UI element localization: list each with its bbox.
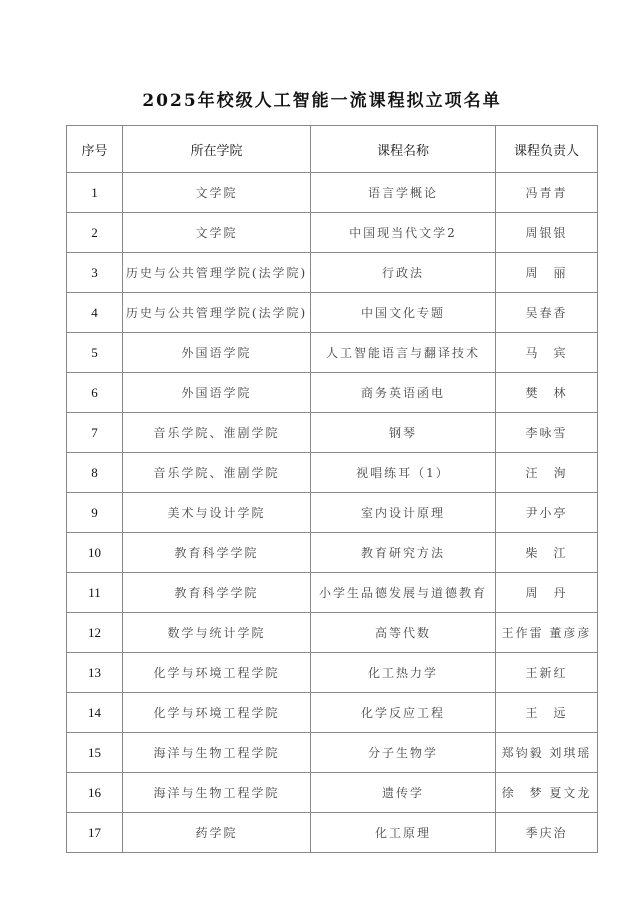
cell-lead: 周 丹: [496, 573, 598, 613]
cell-college: 外国语学院: [123, 373, 311, 413]
cell-course: 钢琴: [311, 413, 496, 453]
cell-index: 10: [67, 533, 123, 573]
cell-index: 11: [67, 573, 123, 613]
header-index: 序号: [67, 126, 123, 173]
cell-college: 教育科学学院: [123, 533, 311, 573]
cell-college: 教育科学学院: [123, 573, 311, 613]
cell-course: 遗传学: [311, 773, 496, 813]
cell-college: 历史与公共管理学院(法学院): [123, 253, 311, 293]
cell-college: 海洋与生物工程学院: [123, 773, 311, 813]
cell-lead: 王新红: [496, 653, 598, 693]
cell-lead: 樊 林: [496, 373, 598, 413]
cell-lead: 徐 梦 夏文龙: [496, 773, 598, 813]
cell-course: 人工智能语言与翻译技术: [311, 333, 496, 373]
cell-index: 2: [67, 213, 123, 253]
cell-lead: 郑钧毅 刘琪瑶: [496, 733, 598, 773]
cell-lead: 李咏雪: [496, 413, 598, 453]
cell-lead: 王作雷 董彦彦: [496, 613, 598, 653]
cell-college: 化学与环境工程学院: [123, 653, 311, 693]
cell-index: 7: [67, 413, 123, 453]
cell-index: 9: [67, 493, 123, 533]
cell-course: 高等代数: [311, 613, 496, 653]
cell-lead: 柴 江: [496, 533, 598, 573]
table-row: 14化学与环境工程学院化学反应工程王 远: [67, 693, 598, 733]
cell-index: 8: [67, 453, 123, 493]
table-row: 13化学与环境工程学院化工热力学王新红: [67, 653, 598, 693]
cell-lead: 冯青青: [496, 173, 598, 213]
cell-course: 商务英语函电: [311, 373, 496, 413]
cell-course: 室内设计原理: [311, 493, 496, 533]
cell-index: 16: [67, 773, 123, 813]
cell-college: 美术与设计学院: [123, 493, 311, 533]
cell-index: 5: [67, 333, 123, 373]
cell-lead: 周银银: [496, 213, 598, 253]
cell-college: 音乐学院、淮剧学院: [123, 453, 311, 493]
table-row: 10教育科学学院教育研究方法柴 江: [67, 533, 598, 573]
cell-lead: 王 远: [496, 693, 598, 733]
table-row: 15海洋与生物工程学院分子生物学郑钧毅 刘琪瑶: [67, 733, 598, 773]
cell-college: 药学院: [123, 813, 311, 853]
cell-college: 历史与公共管理学院(法学院): [123, 293, 311, 333]
cell-college: 海洋与生物工程学院: [123, 733, 311, 773]
cell-course: 中国现当代文学2: [311, 213, 496, 253]
cell-lead: 季庆治: [496, 813, 598, 853]
cell-lead: 汪 洵: [496, 453, 598, 493]
cell-lead: 周 丽: [496, 253, 598, 293]
cell-index: 14: [67, 693, 123, 733]
cell-index: 6: [67, 373, 123, 413]
cell-index: 15: [67, 733, 123, 773]
cell-lead: 尹小亭: [496, 493, 598, 533]
cell-college: 数学与统计学院: [123, 613, 311, 653]
header-lead: 课程负责人: [496, 126, 598, 173]
cell-course: 行政法: [311, 253, 496, 293]
table-row: 16海洋与生物工程学院遗传学徐 梦 夏文龙: [67, 773, 598, 813]
cell-course: 小学生品德发展与道德教育: [311, 573, 496, 613]
course-list-table: 序号 所在学院 课程名称 课程负责人 1文学院语言学概论冯青青2文学院中国现当代…: [66, 125, 598, 853]
cell-index: 3: [67, 253, 123, 293]
cell-course: 中国文化专题: [311, 293, 496, 333]
table-row: 11教育科学学院小学生品德发展与道德教育周 丹: [67, 573, 598, 613]
table-row: 17药学院化工原理季庆治: [67, 813, 598, 853]
cell-college: 音乐学院、淮剧学院: [123, 413, 311, 453]
table-row: 2文学院中国现当代文学2周银银: [67, 213, 598, 253]
cell-index: 13: [67, 653, 123, 693]
table-row: 5外国语学院人工智能语言与翻译技术马 宾: [67, 333, 598, 373]
cell-index: 4: [67, 293, 123, 333]
cell-course: 化学反应工程: [311, 693, 496, 733]
table-row: 4历史与公共管理学院(法学院)中国文化专题吴春香: [67, 293, 598, 333]
cell-college: 文学院: [123, 173, 311, 213]
cell-course: 语言学概论: [311, 173, 496, 213]
cell-course: 分子生物学: [311, 733, 496, 773]
cell-college: 外国语学院: [123, 333, 311, 373]
table-row: 3历史与公共管理学院(法学院)行政法周 丽: [67, 253, 598, 293]
cell-index: 1: [67, 173, 123, 213]
cell-lead: 吴春香: [496, 293, 598, 333]
cell-course: 视唱练耳（1）: [311, 453, 496, 493]
cell-index: 12: [67, 613, 123, 653]
table-row: 9美术与设计学院室内设计原理尹小亭: [67, 493, 598, 533]
cell-college: 文学院: [123, 213, 311, 253]
document-title: 2025年校级人工智能一流课程拟立项名单: [0, 86, 644, 111]
table-row: 7音乐学院、淮剧学院钢琴李咏雪: [67, 413, 598, 453]
cell-course: 教育研究方法: [311, 533, 496, 573]
cell-course: 化工热力学: [311, 653, 496, 693]
table-row: 8音乐学院、淮剧学院视唱练耳（1）汪 洵: [67, 453, 598, 493]
header-college: 所在学院: [123, 126, 311, 173]
cell-course: 化工原理: [311, 813, 496, 853]
cell-college: 化学与环境工程学院: [123, 693, 311, 733]
table-header-row: 序号 所在学院 课程名称 课程负责人: [67, 126, 598, 173]
table-row: 6外国语学院商务英语函电樊 林: [67, 373, 598, 413]
table-row: 12数学与统计学院高等代数王作雷 董彦彦: [67, 613, 598, 653]
cell-index: 17: [67, 813, 123, 853]
table-row: 1文学院语言学概论冯青青: [67, 173, 598, 213]
cell-lead: 马 宾: [496, 333, 598, 373]
header-course: 课程名称: [311, 126, 496, 173]
